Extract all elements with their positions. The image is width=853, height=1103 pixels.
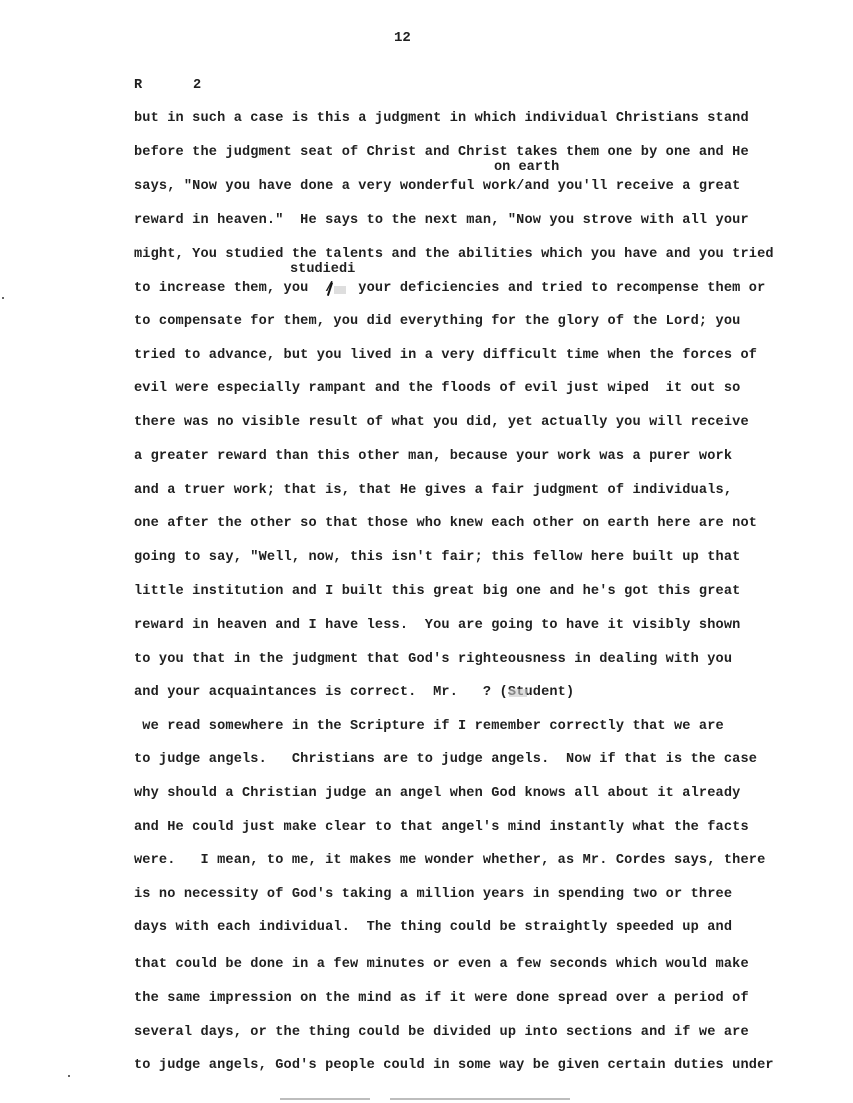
header-label: R	[134, 78, 142, 93]
text-line-2: before the judgment seat of Christ and C…	[134, 145, 749, 161]
text-line-29: to judge angels, God's people could in s…	[134, 1058, 774, 1074]
interlinear-note-studied: studiedi	[290, 262, 355, 278]
scan-speck	[2, 297, 4, 299]
text-line-19: we read somewhere in the Scripture if I …	[134, 719, 724, 735]
erasure-smudge	[334, 286, 346, 294]
text-line-13: one after the other so that those who kn…	[134, 516, 757, 532]
text-line-26: that could be done in a few minutes or e…	[134, 957, 749, 973]
text-line-28: several days, or the thing could be divi…	[134, 1025, 749, 1041]
text-line-1: but in such a case is this a judgment in…	[134, 111, 749, 127]
text-line-14: going to say, "Well, now, this isn't fai…	[134, 550, 740, 566]
text-line-20: to judge angels. Christians are to judge…	[134, 752, 757, 768]
erasure-smudge-name	[509, 689, 527, 697]
text-line-15: little institution and I built this grea…	[134, 584, 740, 600]
text-line-12: and a truer work; that is, that He gives…	[134, 483, 732, 499]
text-line-9: evil were especially rampant and the flo…	[134, 381, 740, 397]
text-line-8: tried to advance, but you lived in a ver…	[134, 348, 757, 364]
scan-speck	[68, 1075, 70, 1077]
bleed-through-mark	[280, 1098, 370, 1100]
text-line-25: days with each individual. The thing cou…	[134, 920, 732, 936]
bleed-through-mark	[390, 1098, 570, 1100]
text-line-27: the same impression on the mind as if it…	[134, 991, 749, 1007]
text-line-5: might, You studied the talents and the a…	[134, 247, 774, 263]
text-line-16: reward in heaven and I have less. You ar…	[134, 618, 740, 634]
text-line-6: to increase them, you / your deficiencie…	[134, 281, 765, 297]
text-line-11: a greater reward than this other man, be…	[134, 449, 732, 465]
text-line-7: to compensate for them, you did everythi…	[134, 314, 740, 330]
header-number: 2	[193, 78, 201, 93]
page-number: 12	[394, 30, 411, 46]
text-line-17: to you that in the judgment that God's r…	[134, 652, 732, 668]
text-line-3: says, "Now you have done a very wonderfu…	[134, 179, 740, 195]
text-line-21: why should a Christian judge an angel wh…	[134, 786, 740, 802]
text-line-4: reward in heaven." He says to the next m…	[134, 213, 749, 229]
document-page: 12 R 2 on earth studiedi but in such a c…	[0, 0, 853, 1103]
interlinear-note-on-earth: on earth	[494, 160, 559, 176]
text-line-24: is no necessity of God's taking a millio…	[134, 887, 732, 903]
text-line-22: and He could just make clear to that ang…	[134, 820, 749, 836]
text-line-23: were. I mean, to me, it makes me wonder …	[134, 853, 765, 869]
text-line-10: there was no visible result of what you …	[134, 415, 749, 431]
